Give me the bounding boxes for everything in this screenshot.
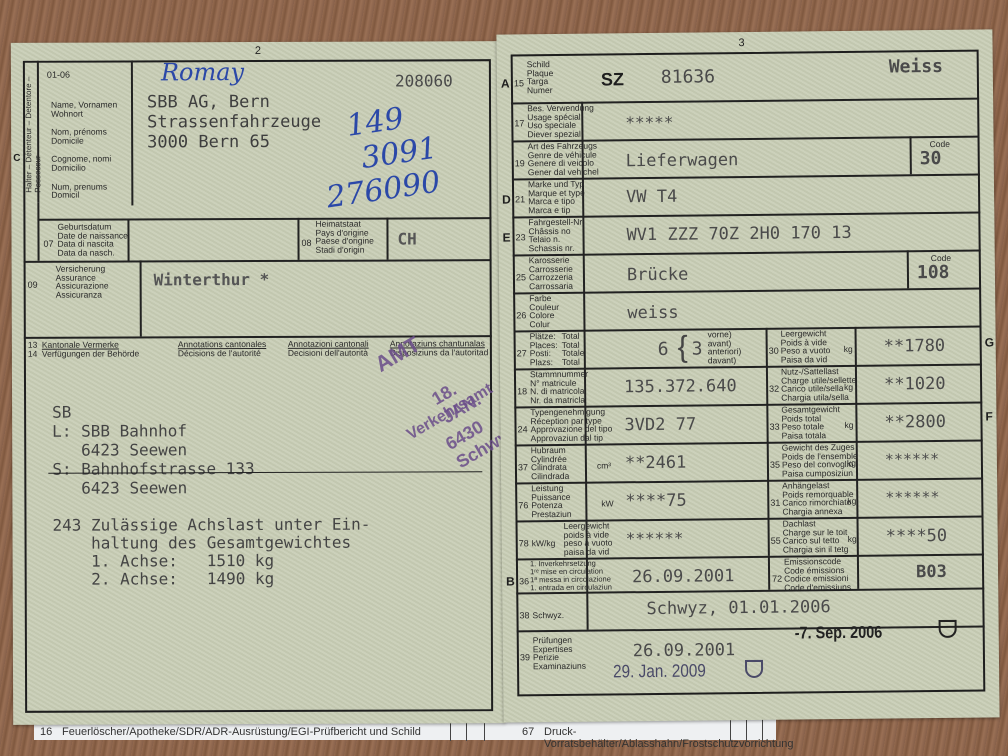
first-registration-labels: 1. Inverkehrsetzung1ʳᵉ mise en circulati… (530, 559, 612, 592)
inspection-stamp-2009: 29. Jan. 2009 (613, 660, 706, 682)
type-approval-labels: TypengenehmigungRéception par typeApprov… (530, 407, 612, 442)
holder-address: SBB AG, Bern Strassenfahrzeuge 3000 Bern… (147, 92, 321, 153)
inspections-labels: PrüfungenExpertisesPerizieExaminaziuns (533, 636, 586, 671)
vehicle-type-code: 30 (920, 148, 942, 169)
plate-number: 81636 (661, 66, 715, 88)
total-weight-value: **2800 (884, 412, 946, 433)
strip-right-text: Druck-Vorratsbehälter/Ablasshahn/Frostsc… (544, 726, 793, 750)
holder-side-label: Halter – Détenteur – Detentore – Possess… (25, 53, 43, 193)
seats-front: 3 (692, 338, 703, 359)
body-labels: KarosserieCarrosserieCarrozzeriaCarrossa… (529, 256, 573, 291)
chassis-number: WV1 ZZZ 70Z 2H0 170 13 (626, 223, 851, 245)
strip-right-num: 67 (522, 726, 534, 738)
holder-labels: Name, VornamenWohnort Nom, prénomsDomici… (51, 100, 118, 199)
birthdate-labels: GeburtsdatumDate de naissanceData di nas… (57, 222, 128, 257)
weight-row-32: 32 Nutz-/SattellastCharge utile/sellette… (766, 364, 982, 404)
cantonal-header-it: Annotazioni cantonaliDecisioni dell'auto… (288, 340, 369, 357)
colour-labels: FarbeCouleurColoreColur (529, 294, 559, 329)
strip-left-text: Feuerlöscher/Apotheke/SDR/ADR-Ausrüstung… (62, 726, 421, 738)
chassis-labels: Fahrgestell-Nr.Châssis noTelaio n.Schass… (528, 218, 584, 253)
plate-color: Weiss (889, 56, 943, 78)
right-page: 3 A 15 SchildPlaqueTargaNumer SZ 81636 W… (496, 29, 999, 722)
issue-place-date: Schwyz, 01.01.2006 (646, 597, 830, 619)
make-value: VW T4 (626, 187, 677, 208)
weight-row-31: 31 AnhängelastPoids remorquableCarico ri… (767, 478, 983, 518)
handwritten-name: Romay (161, 58, 244, 86)
vehicle-type-value: Lieferwagen (626, 150, 739, 171)
colour-value: weiss (627, 303, 678, 324)
seats-labels: Plätze:Places:Posti:Plazs: (530, 332, 558, 367)
page-number-right: 3 (738, 37, 744, 49)
weight-row-33: 33 GesamtgewichtPoids totalPeso totalePa… (766, 402, 982, 442)
section-letter-c: C (13, 153, 20, 164)
type-approval-value: 3VD2 77 (624, 415, 696, 436)
empty-weight-value: **1780 (884, 336, 946, 357)
origin-value: CH (397, 229, 416, 248)
seats-total-labels: TotalTotalTotaleTotal (562, 332, 585, 367)
body-code: 108 (917, 262, 950, 283)
strip-left-num: 16 (40, 726, 52, 738)
emissions-code: B03 (916, 562, 947, 582)
special-use-value: ***** (625, 113, 673, 133)
cantonal-header-de: Kantonale VermerkeVerfügungen der Behörd… (42, 340, 139, 358)
inspection-date: 26.09.2001 (633, 640, 736, 661)
insurance-labels: VersicherungAssuranceAssicurazioneAssicu… (56, 265, 109, 300)
weight-row-35: 35 Gewicht des ZugesPoids de l'ensembleP… (767, 440, 983, 480)
vehicle-type-labels: Art des FahrzeugsGenre de véhiculeGenere… (528, 142, 599, 177)
left-page: 2 C Halter – Détenteur – Detentore – Pos… (11, 41, 505, 725)
handwritten-numbers: 149 3091 276090 (344, 98, 444, 211)
inspection-stamp-2006: -7. Sep. 2006 (795, 623, 883, 644)
plate-canton: SZ (601, 69, 624, 90)
origin-labels: HeimatstaatPays d'originePaese d'origine… (315, 220, 373, 255)
power-weight-value: ****** (626, 529, 684, 549)
holder-code-label: 01-06 (47, 71, 70, 80)
cantonal-header-fr: Annotations cantonalesDécisions de l'aut… (178, 340, 266, 357)
trailer-load-value: ****** (885, 488, 939, 507)
payload-value: **1020 (884, 374, 946, 395)
page-number-left: 2 (255, 45, 261, 57)
canton-shield-icon (745, 660, 763, 678)
make-labels: Marke und TypMarque et typeMarca e tipoM… (528, 180, 585, 215)
weight-row-55: 55 DachlastCharge sur le toitCarico sul … (767, 516, 983, 556)
displacement-labels: HubraumCylindréeCilindrataCilindrada (531, 446, 570, 481)
body-value: Brücke (627, 265, 689, 286)
holder-number: 208060 (395, 71, 453, 90)
train-weight-value: ****** (885, 450, 939, 469)
matriculation-number: 135.372.640 (624, 376, 737, 397)
emissions-labels: EmissionscodeCode émissionsCodice emissi… (784, 557, 851, 592)
cantonal-nums: 1314 (28, 341, 38, 358)
seats-front-labels: vorne)avant)anteriori)davant) (708, 330, 742, 365)
power-weight-labels: Leergewichtpoids à videpeso a vuotopaisa… (564, 521, 613, 556)
displacement-value: **2461 (625, 453, 687, 474)
insurance-value: Winterthur * (154, 270, 270, 289)
axle-load-note: 243 Zulässige Achslast unter Ein- haltun… (52, 480, 370, 625)
canton-shield-icon (939, 620, 957, 638)
weight-row-30: 30 LeergewichtPoids à videPeso a vuotoPa… (765, 326, 981, 366)
power-labels: LeistungPuissancePotenzaPrestaziun (531, 484, 572, 519)
power-value: ****75 (625, 491, 687, 512)
first-registration-date: 26.09.2001 (632, 566, 735, 587)
matriculation-labels: StammnummerN° matriculeN. di matricolaNr… (530, 370, 588, 405)
seats-total: 6 (658, 339, 669, 360)
plate-labels: SchildPlaqueTargaNumer (527, 60, 554, 95)
roof-load-value: ****50 (886, 526, 948, 547)
special-use-labels: Bes. VerwendungUsage spécialUso speciale… (527, 104, 594, 139)
